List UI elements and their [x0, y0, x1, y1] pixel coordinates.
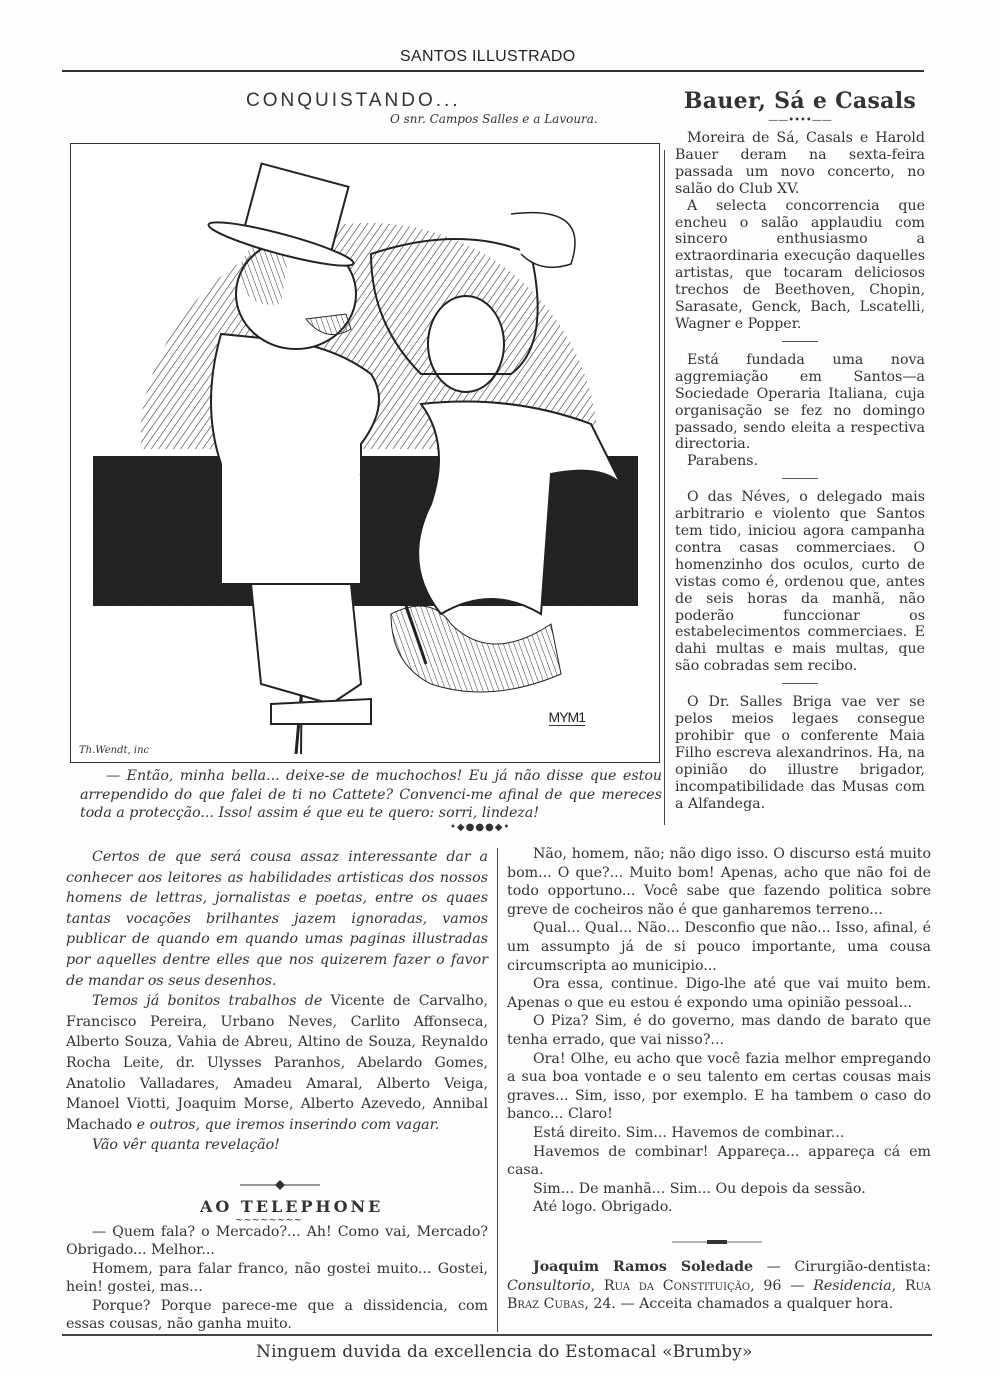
- advert-divider: [672, 1239, 762, 1245]
- office-address: Rua da Constituição, 96: [604, 1278, 782, 1294]
- engraver-signature: Th.Wendt, inc: [79, 745, 149, 756]
- news-item-sociedade: Está fundada uma nova aggremiação em San…: [675, 352, 925, 470]
- news-item-concert: Moreira de Sá, Casals e Harold Bauer der…: [675, 130, 925, 333]
- artist-names: Vicente de Carvalho, Francisco Pereira, …: [66, 993, 488, 1133]
- office-label: Consultorio: [507, 1278, 591, 1294]
- advert-note: — Acceita chamados a qualquer hora.: [616, 1296, 893, 1312]
- dialogue-line: Sim... De manhã... Sim... Ou depois da s…: [507, 1180, 931, 1199]
- dialogue-line: Ora essa, continue. Digo-lhe até que vai…: [507, 975, 931, 1012]
- sidebar-heading: Bauer, Sá e Casals: [675, 88, 925, 114]
- advert-text: Joaquim Ramos Soledade — Cirurgião-denti…: [507, 1258, 931, 1314]
- dialogue-line: Havemos de combinar! Appareça... appareç…: [507, 1143, 931, 1180]
- column-divider: [497, 848, 498, 1332]
- dialogue-line: Ora! Olhe, eu acho que você fazia melhor…: [507, 1050, 931, 1124]
- short-divider: [782, 341, 818, 342]
- dialogue-line: Homem, para falar franco, não gostei mui…: [66, 1260, 488, 1297]
- news-sidebar: Bauer, Sá e Casals ——••••—— Moreira de S…: [675, 88, 925, 813]
- masthead: SANTOS ILLUSTRADO: [0, 48, 1000, 70]
- footer-advert: Ninguem duvida da excellencia do Estomac…: [256, 1342, 753, 1362]
- dentist-name: Joaquim Ramos Soledade: [533, 1259, 753, 1275]
- news-paragraph: Moreira de Sá, Casals e Harold Bauer der…: [675, 130, 925, 198]
- dialogue-line: Qual... Qual... Não... Desconfio que não…: [507, 919, 931, 975]
- news-item-delegado: O das Néves, o delegado mais arbitrario …: [675, 489, 925, 675]
- dialogue-line: Até logo. Obrigado.: [507, 1198, 931, 1217]
- publication-title: SANTOS ILLUSTRADO: [400, 48, 576, 66]
- telephone-dialogue-left: — Quem fala? o Mercado?... Ah! Como vai,…: [66, 1223, 488, 1333]
- dialogue-line: Não, homem, não; não digo isso. O discur…: [507, 845, 931, 919]
- dash: —: [781, 1278, 813, 1294]
- masthead-rule: [62, 70, 924, 72]
- dialogue-line: Está direito. Sim... Havemos de combinar…: [507, 1124, 931, 1143]
- cartoon-subtitle: O snr. Campos Salles e a Lavoura.: [390, 112, 598, 126]
- cartoon-title: CONQUISTANDO...: [246, 90, 461, 112]
- heading-ornament: ——••••——: [675, 116, 925, 126]
- news-paragraph: A selecta concorrencia que encheu o salã…: [675, 198, 925, 333]
- telephone-dialogue-right: Não, homem, não; não digo isso. O discur…: [507, 845, 931, 1217]
- residence-label: Residencia: [813, 1278, 891, 1294]
- cartoon-caption: — Então, minha bella... deixe-se de much…: [80, 767, 662, 823]
- notice-column: Certos de que será cousa assaz interessa…: [66, 847, 488, 1156]
- ornament-divider: •◆●●●◆•: [450, 822, 510, 833]
- notice-paragraph: Certos de que será cousa assaz interessa…: [66, 847, 488, 991]
- dialogue-line: Porque? Porque parece-me que a dissidenc…: [66, 1297, 488, 1334]
- notice-intro: Temos já bonitos trabalhos de: [92, 993, 322, 1009]
- telephone-heading: AO TELEPHONE: [200, 1197, 383, 1216]
- cartoon-illustration: Th.Wendt, inc MYM1: [70, 143, 660, 763]
- caption-text: — Então, minha bella... deixe-se de much…: [80, 767, 662, 823]
- notice-paragraph: Temos já bonitos trabalhos de Vicente de…: [66, 991, 488, 1135]
- dialogue-line: O Piza? Sim, é do governo, mas dando de …: [507, 1012, 931, 1049]
- news-paragraph: Está fundada uma nova aggremiação em San…: [675, 352, 925, 453]
- diamond-ornament: [240, 1180, 320, 1190]
- sidebar-divider: [664, 150, 665, 825]
- news-paragraph: O das Néves, o delegado mais arbitrario …: [675, 489, 925, 675]
- news-item-salles-briga: O Dr. Salles Briga vae ver se pelos meio…: [675, 694, 925, 812]
- notice-outro: e outros, que iremos inserindo com vagar…: [132, 1117, 439, 1133]
- artist-monogram: MYM1: [549, 709, 585, 726]
- news-paragraph: Parabens.: [675, 453, 925, 470]
- news-paragraph: O Dr. Salles Briga vae ver se pelos meio…: [675, 694, 925, 812]
- caricature-drawing: [71, 144, 659, 762]
- notice-paragraph: Vão vêr quanta revelação!: [66, 1135, 488, 1156]
- dialogue-line: — Quem fala? o Mercado?... Ah! Como vai,…: [66, 1223, 488, 1260]
- dentist-advert: Joaquim Ramos Soledade — Cirurgião-denti…: [507, 1258, 931, 1314]
- dentist-profession: — Cirurgião-dentista:: [753, 1259, 931, 1275]
- footer-rule: [62, 1334, 932, 1336]
- short-divider: [782, 683, 818, 684]
- short-divider: [782, 478, 818, 479]
